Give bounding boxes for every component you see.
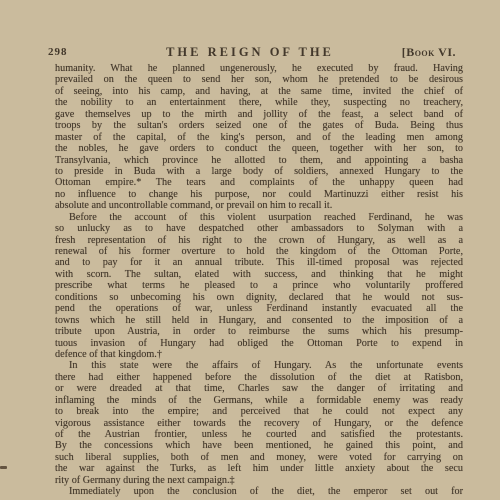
page-header: 298 THE REIGN OF THE [Book VI. (0, 45, 500, 61)
text-line: conditions so unbecoming his own dignity… (55, 292, 463, 303)
text-line: Immediately upon the conclusion of the d… (55, 486, 463, 497)
text-line: troops by the sultan's orders seized one… (55, 120, 463, 131)
text-line: vigorous assistance either towards the r… (55, 418, 463, 429)
text-line: pend the operations of war, unless Ferdi… (55, 303, 463, 314)
text-line: renewal of his former overture to hold t… (55, 246, 463, 257)
text-line: of seeing, into his camp, and having, at… (55, 86, 463, 97)
text-line: with scorn. The sultan, elated with succ… (55, 269, 463, 280)
text-line: prescribe what terms he pleased to a pri… (55, 280, 463, 291)
text-line: to break into the empire; and perceived … (55, 406, 463, 417)
text-line: to preside in Buda with a large body of … (55, 166, 463, 177)
text-line: By the concessions which have been menti… (55, 440, 463, 451)
text-line: and to pay for it an annual tribute. Thi… (55, 257, 463, 268)
text-line: Before the account of this violent usurp… (55, 212, 463, 223)
text-line: gave themselves up to the mirth and joll… (55, 109, 463, 120)
text-line: no influence to change his purpose, nor … (55, 189, 463, 200)
text-line: or were dreaded at that time, Charles sa… (55, 383, 463, 394)
text-line: so unlucky as to have despatched other a… (55, 223, 463, 234)
text-line: In this state were the affairs of Hungar… (55, 360, 463, 371)
book-page: 298 THE REIGN OF THE [Book VI. humanity.… (0, 0, 500, 500)
text-line: fresh representation of his right to the… (55, 235, 463, 246)
text-line: humanity. What he planned ungenerously, … (55, 63, 463, 74)
text-line: defence of that kingdom.† (55, 349, 463, 360)
text-line: prevailed on the queen to send her son, … (55, 74, 463, 85)
text-line: such liberal supplies, both of men and m… (55, 452, 463, 463)
text-line: the nobles, he gave orders to conduct th… (55, 143, 463, 154)
text-line: the nobility to an entertainment there, … (55, 97, 463, 108)
text-line: tuous invasion of Hungary had obliged th… (55, 338, 463, 349)
text-line: inflaming the minds of the Germans, whil… (55, 395, 463, 406)
text-line: absolute and uncontrollable command, or … (55, 200, 463, 211)
text-line: of the Austrian frontier, unless he cour… (55, 429, 463, 440)
text-line: the war against the Turks, as left him u… (55, 463, 463, 474)
text-line: Ottoman empire.* The tears and complaint… (55, 177, 463, 188)
text-line: tribute upon Austria, in order to reimbu… (55, 326, 463, 337)
text-line: rity of Germany during the next campaign… (55, 475, 463, 486)
text-line: Transylvania, which province he allotted… (55, 155, 463, 166)
book-label: [Book VI. (402, 45, 456, 60)
text-line: towns which he still held in Hungary, an… (55, 315, 463, 326)
text-column: humanity. What he planned ungenerously, … (55, 63, 463, 498)
text-line: master of the capital, of the king's per… (55, 132, 463, 143)
text-line: there had either happened before the dis… (55, 372, 463, 383)
edge-mark (0, 466, 7, 469)
